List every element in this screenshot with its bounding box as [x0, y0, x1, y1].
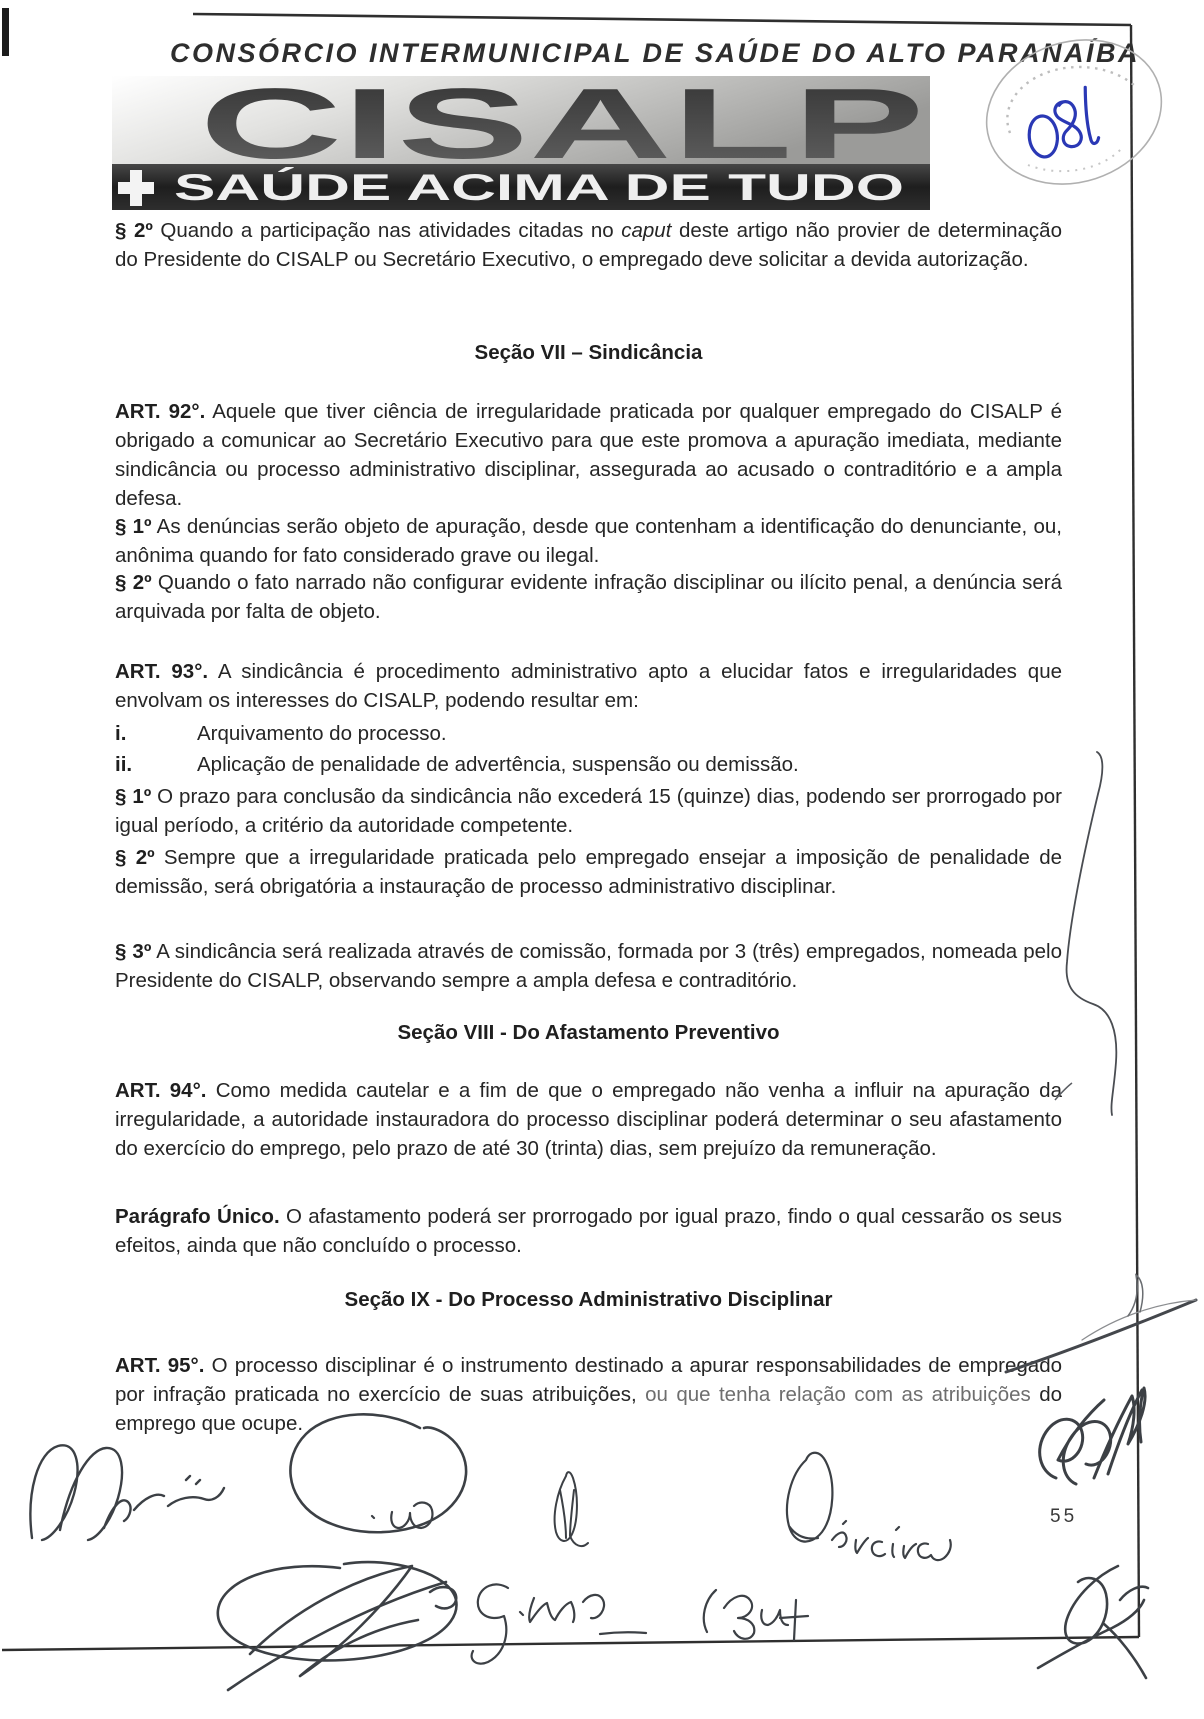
- section-heading-vii: Seção VII – Sindicância: [115, 338, 1062, 367]
- paragraph-lead: § 1º: [115, 785, 151, 808]
- paragraph-art92-p1: § 1º As denúncias serão objeto de apuraç…: [115, 512, 1062, 570]
- article-lead: ART. 94°.: [115, 1079, 206, 1102]
- article-lead: ART. 92°.: [115, 400, 205, 423]
- paragraph-lead: § 2º: [115, 571, 152, 594]
- italic-term: caput: [621, 219, 671, 242]
- faded-print-text: ou que tenha relação com as atribuições: [637, 1383, 1031, 1406]
- paragraph-intro: § 2º Quando a participação nas atividade…: [115, 216, 1062, 274]
- document-body: § 2º Quando a participação nas atividade…: [0, 0, 1204, 1719]
- list-marker: i.: [115, 719, 197, 748]
- paragraph-art92-p2: § 2º Quando o fato narrado não configura…: [115, 568, 1062, 626]
- paragraph-art92: ART. 92°. Aquele que tiver ciência de ir…: [115, 397, 1062, 513]
- paragraph-art94: ART. 94°. Como medida cautelar e a fim d…: [115, 1076, 1062, 1163]
- list-item-i: i.Arquivamento do processo.: [115, 719, 1062, 748]
- paragraph-lead: § 2º: [115, 846, 155, 869]
- article-lead: ART. 93°.: [115, 660, 208, 683]
- paragraph-art93-p1: § 1º O prazo para conclusão da sindicânc…: [115, 782, 1062, 840]
- paragraph-lead: § 3º: [115, 940, 151, 963]
- paragraph-art94-pu: Parágrafo Único. O afastamento poderá se…: [115, 1202, 1062, 1260]
- list-item-ii: ii.Aplicação de penalidade de advertênci…: [115, 750, 1062, 779]
- paragraph-lead: § 1º: [115, 515, 152, 538]
- scanned-document-page: CONSÓRCIO INTERMUNICIPAL DE SAÚDE DO ALT…: [0, 0, 1204, 1719]
- section-heading-ix: Seção IX - Do Processo Administrativo Di…: [115, 1285, 1062, 1314]
- paragraph-lead: § 2º: [115, 219, 153, 242]
- paragraph-art93-p2: § 2º Sempre que a irregularidade pratica…: [115, 843, 1062, 901]
- paragraph-art93: ART. 93°. A sindicância é procedimento a…: [115, 657, 1062, 715]
- page-number: 55: [1050, 1506, 1077, 1528]
- paragraph-lead: Parágrafo Único.: [115, 1205, 280, 1228]
- section-heading-viii: Seção VIII - Do Afastamento Preventivo: [115, 1018, 1062, 1047]
- paragraph-art93-p3: § 3º A sindicância será realizada atravé…: [115, 937, 1062, 995]
- list-marker: ii.: [115, 750, 197, 779]
- article-lead: ART. 95°.: [115, 1354, 204, 1377]
- paragraph-art95: ART. 95°. O processo disciplinar é o ins…: [115, 1351, 1062, 1438]
